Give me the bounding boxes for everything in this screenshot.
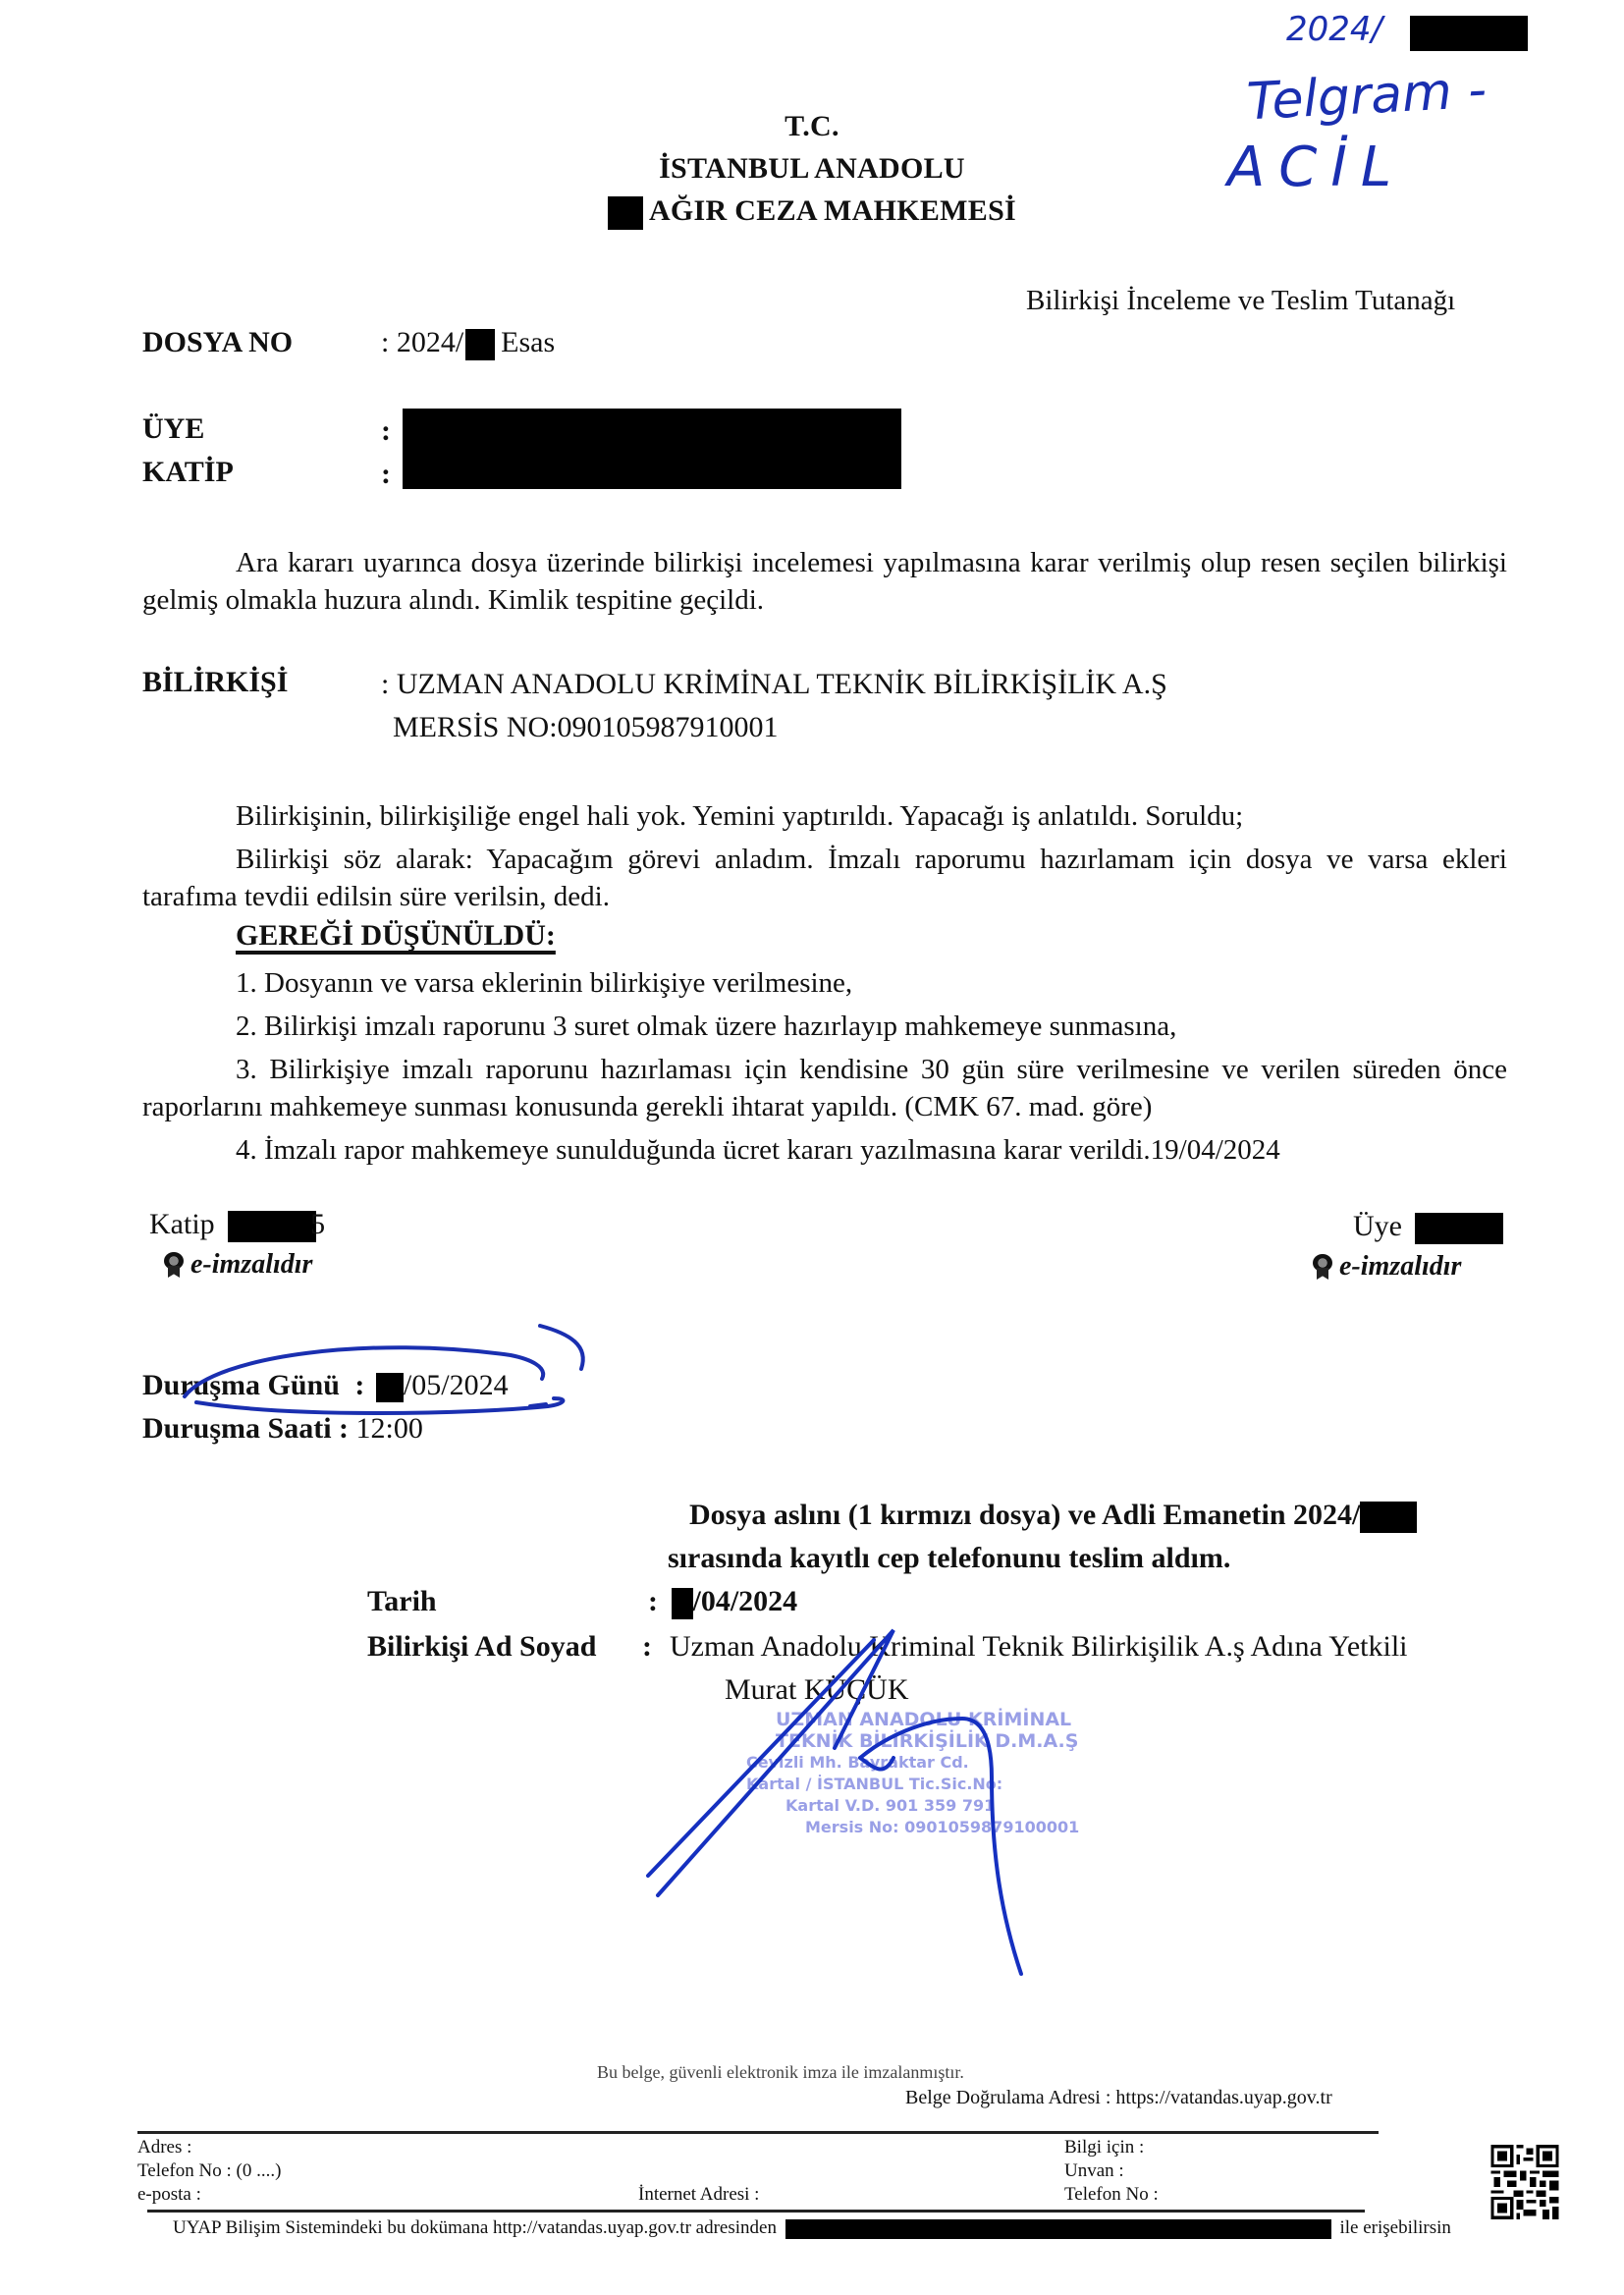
footer-internet: İnternet Adresi : <box>638 2182 759 2207</box>
statement-2: Bilirkişi söz alarak: Yapacağım görevi a… <box>142 841 1507 915</box>
katip-esign: e-imzalıdır <box>163 1249 312 1281</box>
redaction-block <box>1415 1213 1503 1244</box>
court-header-name: AĞIR CEZA MAHKEMESİ <box>0 194 1624 230</box>
bilirkisi-ad-soyad-label: Bilirkişi Ad Soyad <box>367 1630 596 1664</box>
katip-sig-label: Katip <box>149 1208 215 1240</box>
receipt-line-1-text: Dosya aslını (1 kırmızı dosya) ve Adli E… <box>689 1499 1360 1531</box>
tarih-label: Tarih <box>367 1585 437 1618</box>
footer-telefon: Telefon No : (0 ....) <box>137 2158 281 2183</box>
esign-text: e-imzalıdır <box>1339 1251 1461 1283</box>
expert-name: : UZMAN ANADOLU KRİMİNAL TEKNİK BİLİRKİŞ… <box>381 668 1167 701</box>
court-header-tc: T.C. <box>0 110 1624 143</box>
uye-sig-label: Üye <box>1353 1210 1402 1242</box>
redaction-block <box>608 196 643 230</box>
receipt-line-2: sırasında kayıtlı cep telefonunu teslim … <box>668 1542 1230 1575</box>
intro-paragraph: Ara kararı uyarınca dosya üzerinde bilir… <box>142 544 1507 619</box>
handwritten-circle-annotation <box>177 1316 609 1424</box>
decision-item-4: 4. İmzalı rapor mahkemeye sunulduğunda ü… <box>236 1131 1512 1169</box>
esign-notice: Bu belge, güvenli elektronik imza ile im… <box>597 2060 964 2085</box>
decision-item-2: 2. Bilirkişi imzalı raporunu 3 suret olm… <box>236 1008 1512 1045</box>
seal-icon <box>1312 1254 1333 1280</box>
footer-divider-top <box>137 2131 1379 2134</box>
redaction-block <box>785 2219 1331 2239</box>
footer-unvan: Unvan : <box>1064 2158 1124 2183</box>
court-header-city: İSTANBUL ANADOLU <box>0 152 1624 186</box>
redaction-block <box>228 1211 316 1242</box>
uye-label: ÜYE <box>142 412 204 446</box>
footer-adres: Adres : <box>137 2135 191 2159</box>
verify-address: Belge Doğrulama Adresi : https://vatanda… <box>905 2086 1332 2110</box>
footer-bilgi: Bilgi için : <box>1064 2135 1144 2159</box>
qr-code-icon <box>1490 2145 1559 2219</box>
handwritten-year: 2024/ <box>1286 10 1382 49</box>
footer-telefon-2: Telefon No : <box>1064 2182 1159 2207</box>
tarih-value-text: /04/2024 <box>693 1585 798 1617</box>
uye-esign: e-imzalıdır <box>1312 1251 1461 1283</box>
uyap-suffix: ile erişebilirsin <box>1339 2217 1450 2238</box>
esign-text: e-imzalıdır <box>190 1249 312 1281</box>
tarih-colon: : <box>648 1585 658 1617</box>
seal-icon <box>163 1252 185 1278</box>
expert-mersis: MERSİS NO:090105987910001 <box>393 711 779 744</box>
dosya-no-suffix: Esas <box>501 326 555 358</box>
katip-label: KATİP <box>142 456 234 489</box>
katip-sig-trailing: 5 <box>310 1208 325 1240</box>
receipt-line-1: Dosya aslını (1 kırmızı dosya) ve Adli E… <box>689 1499 1417 1533</box>
dosya-no-value: : 2024/Esas <box>381 326 555 360</box>
statement-2-text: Bilirkişi söz alarak: Yapacağım görevi a… <box>142 844 1507 912</box>
redaction-block-names <box>403 409 901 489</box>
handwritten-signature <box>628 1620 1080 1994</box>
decision-item-3: 3. Bilirkişiye imzalı raporunu hazırlama… <box>142 1051 1507 1125</box>
uye-colon: : <box>381 414 391 448</box>
footer-uyap-line: UYAP Bilişim Sistemindeki bu dokümana ht… <box>173 2215 1451 2240</box>
redaction-block <box>1360 1502 1417 1533</box>
document-type: Bilirkişi İnceleme ve Teslim Tutanağı <box>1026 285 1455 317</box>
decision-heading: GEREĞİ DÜŞÜNÜLDÜ: <box>236 919 556 953</box>
tarih-value: : /04/2024 <box>648 1585 797 1619</box>
decision-item-1: 1. Dosyanın ve varsa eklerinin bilirkişi… <box>236 964 1512 1002</box>
dosya-no-prefix: : 2024/ <box>381 326 463 358</box>
bilirkisi-label: BİLİRKİŞİ <box>142 666 288 699</box>
footer-eposta: e-posta : <box>137 2182 201 2207</box>
statement-1: Bilirkişinin, bilirkişiliğe engel hali y… <box>236 797 1512 835</box>
dosya-no-label: DOSYA NO <box>142 326 293 359</box>
intro-text: Ara kararı uyarınca dosya üzerinde bilir… <box>142 547 1507 616</box>
redaction-block <box>672 1588 693 1619</box>
decision-item-3-text: 3. Bilirkişiye imzalı raporunu hazırlama… <box>142 1054 1507 1122</box>
uye-signature: Üye <box>1353 1210 1503 1244</box>
uyap-prefix: UYAP Bilişim Sistemindeki bu dokümana ht… <box>173 2217 777 2238</box>
katip-signature: Katip 5 <box>149 1208 325 1242</box>
redaction-block <box>1410 16 1528 51</box>
qr-code <box>1490 2145 1559 2219</box>
redaction-block <box>465 329 495 360</box>
katip-colon: : <box>381 458 391 491</box>
footer-divider-bottom <box>147 2210 1365 2213</box>
court-name-text: AĞIR CEZA MAHKEMESİ <box>649 194 1016 227</box>
